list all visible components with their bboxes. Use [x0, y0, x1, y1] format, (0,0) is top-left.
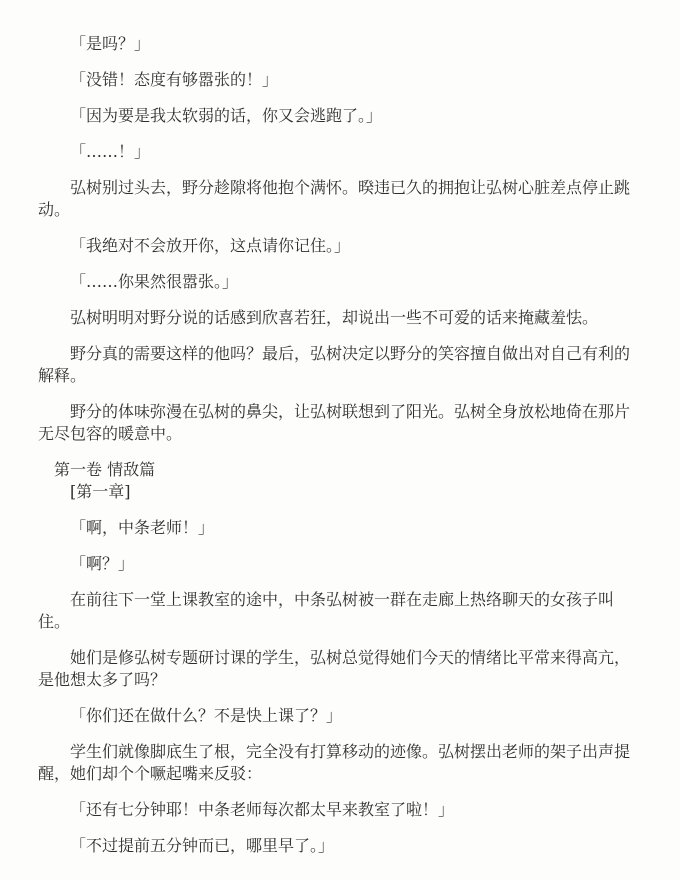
paragraph: 「我绝对不会放开你，这点请你记住。」 — [38, 235, 630, 257]
paragraph: 「因为要是我太软弱的话，你又会逃跑了。」 — [38, 105, 630, 127]
chapter-heading: [第一章] — [38, 481, 630, 503]
paragraph: 学生们就像脚底生了根，完全没有打算移动的迹像。弘树摆出老师的架子出声提醒，她们却… — [38, 741, 630, 785]
paragraph: 「啊，中条老师！」 — [38, 517, 630, 539]
paragraph: 「啊？」 — [38, 553, 630, 575]
paragraph: 「是吗？」 — [38, 33, 630, 55]
paragraph: 「不过提前五分钟而已，哪里早了。」 — [38, 835, 630, 857]
paragraph: 弘树明明对野分说的话感到欣喜若狂，却说出一些不可爱的话来掩藏羞怯。 — [38, 307, 630, 329]
paragraph: 野分真的需要这样的他吗？最后，弘树决定以野分的笑容擅自做出对自己有利的解释。 — [38, 343, 630, 387]
novel-page: 「是吗？」「没错！态度有够嚣张的！」「因为要是我太软弱的话，你又会逃跑了。」「…… — [0, 0, 680, 880]
page-content: 「是吗？」「没错！态度有够嚣张的！」「因为要是我太软弱的话，你又会逃跑了。」「…… — [38, 33, 630, 857]
paragraph: 她们是修弘树专题研讨课的学生，弘树总觉得她们今天的情绪比平常来得高亢，是他想太多… — [38, 647, 630, 691]
paragraph: 弘树别过头去，野分趁隙将他抱个满怀。暌违已久的拥抱让弘树心脏差点停止跳动。 — [38, 177, 630, 221]
volume-heading: 第一卷 情敌篇 — [38, 459, 630, 481]
paragraph: 「……！」 — [38, 141, 630, 163]
paragraph: 「还有七分钟耶！中条老师每次都太早来教室了啦！」 — [38, 799, 630, 821]
paragraph: 「没错！态度有够嚣张的！」 — [38, 69, 630, 91]
paragraph: 「你们还在做什么？不是快上课了？」 — [38, 705, 630, 727]
paragraph: 「……你果然很嚣张。」 — [38, 271, 630, 293]
paragraph: 在前往下一堂上课教室的途中，中条弘树被一群在走廊上热络聊天的女孩子叫住。 — [38, 589, 630, 633]
paragraph: 野分的体味弥漫在弘树的鼻尖，让弘树联想到了阳光。弘树全身放松地倚在那片无尽包容的… — [38, 401, 630, 445]
